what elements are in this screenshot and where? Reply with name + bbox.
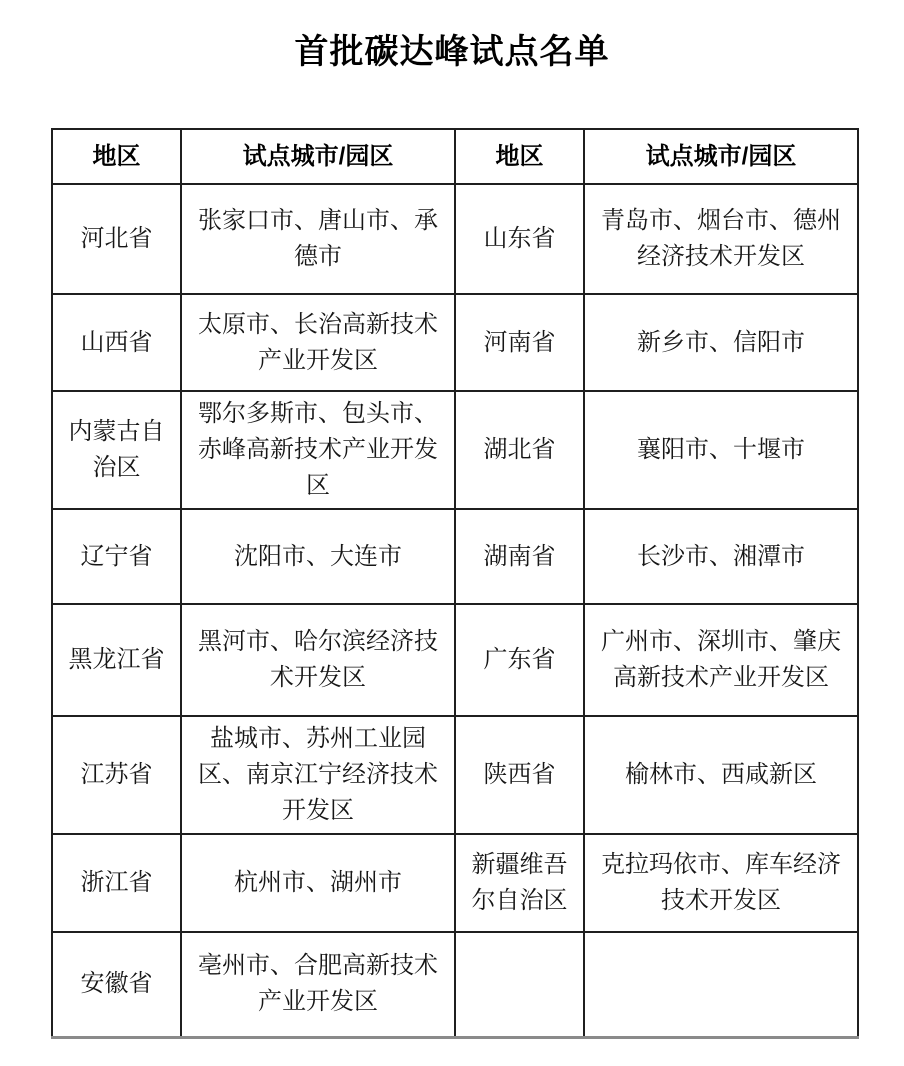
region-cell-right — [455, 932, 584, 1037]
header-region-2: 地区 — [455, 129, 584, 184]
cities-cell-right: 青岛市、烟台市、德州经济技术开发区 — [584, 184, 858, 294]
cities-cell-right: 襄阳市、十堰市 — [584, 391, 858, 509]
cities-cell-left: 杭州市、湖州市 — [181, 834, 455, 932]
cities-cell-right — [584, 932, 858, 1037]
region-cell-left: 河北省 — [52, 184, 181, 294]
cities-cell-left: 鄂尔多斯市、包头市、赤峰高新技术产业开发区 — [181, 391, 455, 509]
cities-cell-right: 榆林市、西咸新区 — [584, 716, 858, 834]
region-cell-right: 湖北省 — [455, 391, 584, 509]
region-cell-left: 山西省 — [52, 294, 181, 391]
table-row: 辽宁省 沈阳市、大连市 湖南省 长沙市、湘潭市 — [52, 509, 858, 604]
table-row: 浙江省 杭州市、湖州市 新疆维吾尔自治区 克拉玛依市、库车经济技术开发区 — [52, 834, 858, 932]
cities-cell-right: 长沙市、湘潭市 — [584, 509, 858, 604]
region-cell-left: 内蒙古自治区 — [52, 391, 181, 509]
cities-cell-right: 广州市、深圳市、肇庆高新技术产业开发区 — [584, 604, 858, 716]
document-page: 首批碳达峰试点名单 地区 试点城市/园区 地区 试点城市/园区 河北省 张家口市… — [0, 0, 904, 1066]
cities-cell-left: 黑河市、哈尔滨经济技术开发区 — [181, 604, 455, 716]
region-cell-right: 广东省 — [455, 604, 584, 716]
cities-cell-left: 亳州市、合肥高新技术产业开发区 — [181, 932, 455, 1037]
cities-cell-left: 张家口市、唐山市、承德市 — [181, 184, 455, 294]
region-cell-left: 浙江省 — [52, 834, 181, 932]
header-cities-1: 试点城市/园区 — [181, 129, 455, 184]
cities-cell-left: 盐城市、苏州工业园区、南京江宁经济技术开发区 — [181, 716, 455, 834]
cities-cell-right: 新乡市、信阳市 — [584, 294, 858, 391]
table-row: 江苏省 盐城市、苏州工业园区、南京江宁经济技术开发区 陕西省 榆林市、西咸新区 — [52, 716, 858, 834]
region-cell-right: 湖南省 — [455, 509, 584, 604]
table-row: 山西省 太原市、长治高新技术产业开发区 河南省 新乡市、信阳市 — [52, 294, 858, 391]
header-cities-2: 试点城市/园区 — [584, 129, 858, 184]
table-row: 黑龙江省 黑河市、哈尔滨经济技术开发区 广东省 广州市、深圳市、肇庆高新技术产业… — [52, 604, 858, 716]
page-title: 首批碳达峰试点名单 — [0, 24, 904, 73]
header-row: 地区 试点城市/园区 地区 试点城市/园区 — [52, 129, 858, 184]
header-region-1: 地区 — [52, 129, 181, 184]
cities-cell-left: 沈阳市、大连市 — [181, 509, 455, 604]
table-row: 安徽省 亳州市、合肥高新技术产业开发区 — [52, 932, 858, 1037]
cities-cell-right: 克拉玛依市、库车经济技术开发区 — [584, 834, 858, 932]
region-cell-left: 辽宁省 — [52, 509, 181, 604]
table-row: 河北省 张家口市、唐山市、承德市 山东省 青岛市、烟台市、德州经济技术开发区 — [52, 184, 858, 294]
region-cell-left: 安徽省 — [52, 932, 181, 1037]
region-cell-right: 河南省 — [455, 294, 584, 391]
region-cell-left: 黑龙江省 — [52, 604, 181, 716]
region-cell-right: 新疆维吾尔自治区 — [455, 834, 584, 932]
region-cell-left: 江苏省 — [52, 716, 181, 834]
table-row: 内蒙古自治区 鄂尔多斯市、包头市、赤峰高新技术产业开发区 湖北省 襄阳市、十堰市 — [52, 391, 858, 509]
pilot-list-table: 地区 试点城市/园区 地区 试点城市/园区 河北省 张家口市、唐山市、承德市 山… — [51, 128, 859, 1039]
region-cell-right: 陕西省 — [455, 716, 584, 834]
cities-cell-left: 太原市、长治高新技术产业开发区 — [181, 294, 455, 391]
region-cell-right: 山东省 — [455, 184, 584, 294]
